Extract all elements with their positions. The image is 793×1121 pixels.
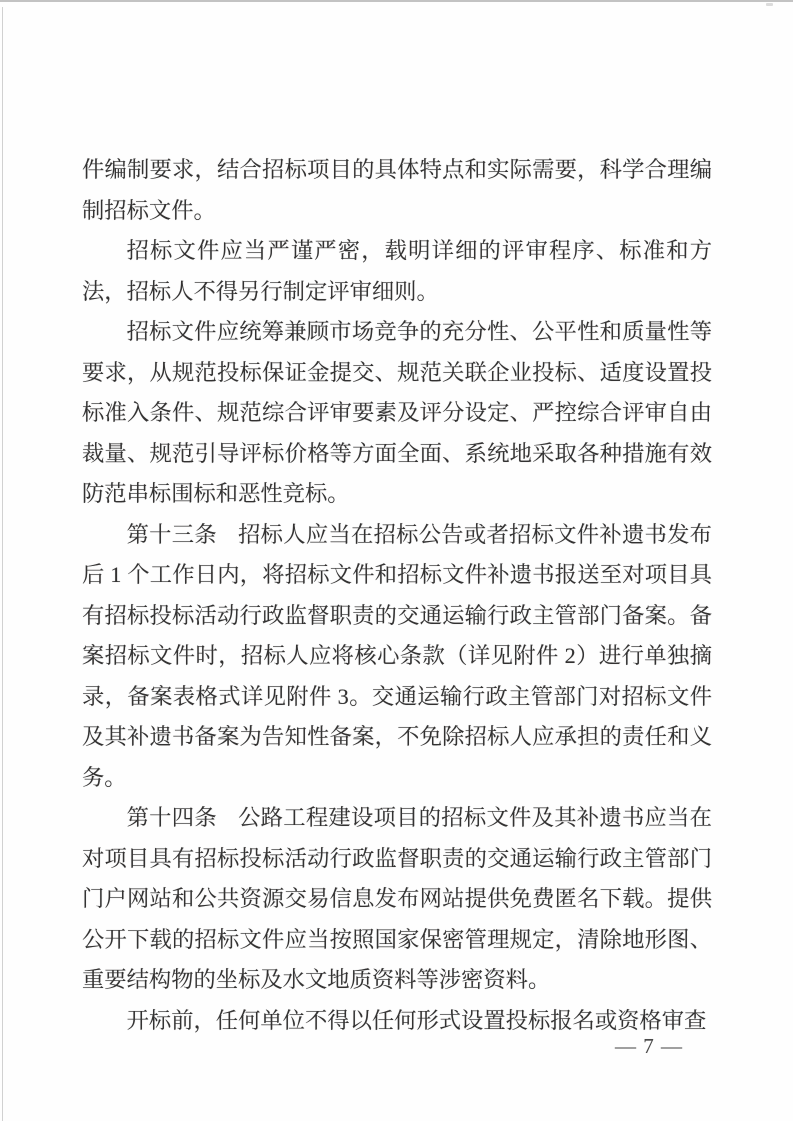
scan-edge-left — [2, 7, 3, 1121]
paragraph-text: 招标文件应当严谨严密，载明详细的评审程序、标准和方法，招标人不得另行制定评审细则… — [82, 238, 712, 304]
paragraph-text: 招标人应当在招标公告或者招标文件补遗书发布后 1 个工作日内，将招标文件和招标文… — [82, 522, 712, 790]
paragraph-text: 公路工程建设项目的招标文件及其补遗书应当在对项目具有招标投标活动行政监督职责的交… — [82, 805, 712, 992]
paragraph-text: 件编制要求，结合招标项目的具体特点和实际需要，科学合理编制招标文件。 — [82, 157, 712, 223]
paragraph: 招标文件应当严谨严密，载明详细的评审程序、标准和方法，招标人不得另行制定评审细则… — [82, 231, 712, 312]
page-footer: — 7 — — [0, 1033, 683, 1059]
document-page: 件编制要求，结合招标项目的具体特点和实际需要，科学合理编制招标文件。 招标文件应… — [0, 0, 793, 1121]
article-heading: 第十四条 — [127, 805, 217, 830]
paragraph-text: 招标文件应统筹兼顾市场竞争的充分性、公平性和质量性等要求，从规范投标保证金提交、… — [82, 319, 712, 506]
page-number: — 7 — — [615, 1034, 683, 1058]
article-heading: 第十三条 — [127, 522, 217, 547]
paragraph-article-13: 第十三条招标人应当在招标公告或者招标文件补遗书发布后 1 个工作日内，将招标文件… — [82, 515, 712, 799]
paragraph-text: 开标前，任何单位不得以任何形式设置投标报名或资格审查 — [127, 1008, 707, 1033]
scan-edge-top — [0, 0, 793, 2]
document-body: 件编制要求，结合招标项目的具体特点和实际需要，科学合理编制招标文件。 招标文件应… — [82, 150, 712, 1041]
paragraph-article-14: 第十四条公路工程建设项目的招标文件及其补遗书应当在对项目具有招标投标活动行政监督… — [82, 798, 712, 1001]
paragraph-continuation: 件编制要求，结合招标项目的具体特点和实际需要，科学合理编制招标文件。 — [82, 150, 712, 231]
scan-speck — [766, 3, 773, 6]
paragraph: 招标文件应统筹兼顾市场竞争的充分性、公平性和质量性等要求，从规范投标保证金提交、… — [82, 312, 712, 515]
